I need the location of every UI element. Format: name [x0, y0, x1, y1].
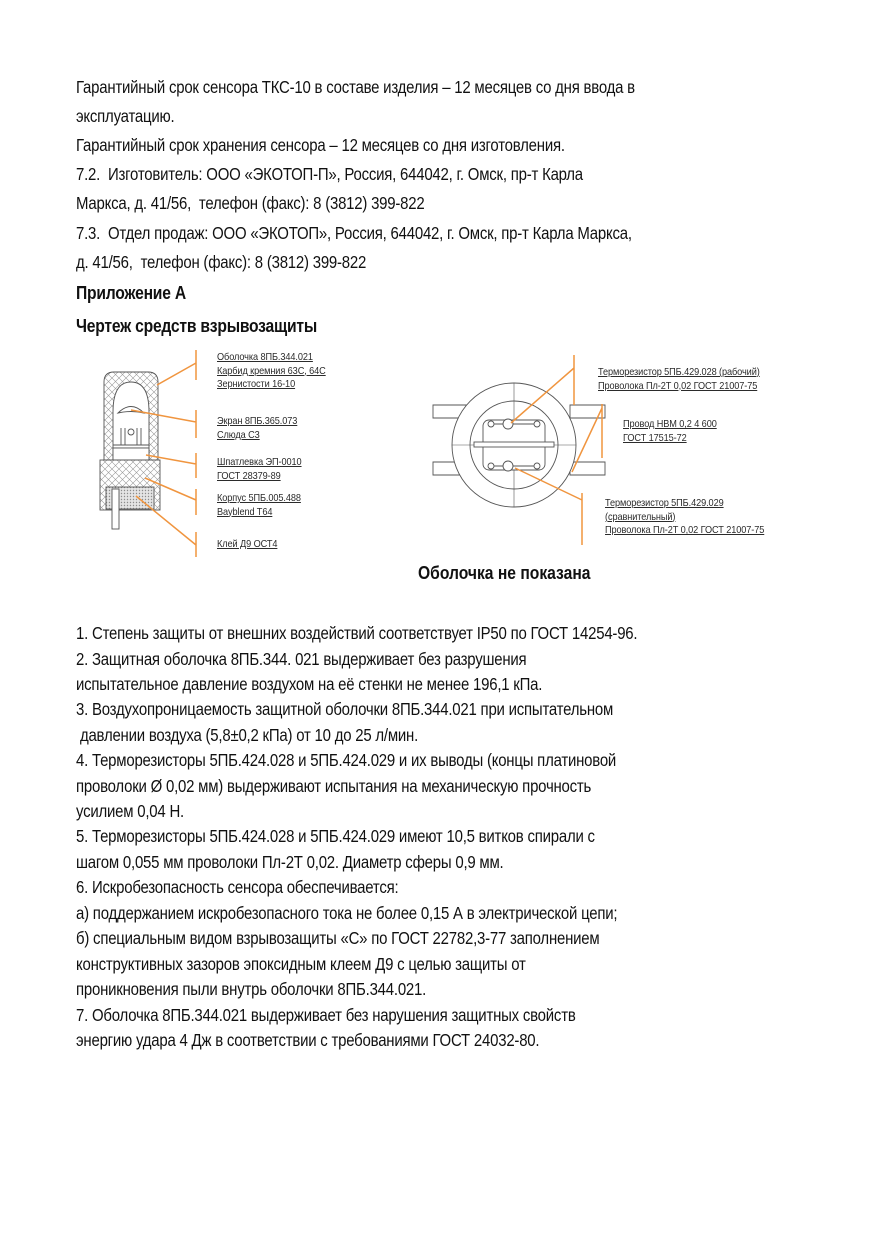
list-line: б) специальным видом взрывозащиты «С» по… — [76, 928, 599, 949]
label-screen: Экран 8ПБ.365.073 Слюда С3 — [217, 415, 297, 442]
label-line: Оболочка 8ПБ.344.021 — [217, 351, 326, 365]
label-line: Провод НВМ 0,2 4 600 — [623, 418, 717, 432]
label-line: Карбид кремния 63С, 64С — [217, 365, 326, 379]
list-line: 6. Искробезопасность сенсора обеспечивае… — [76, 877, 398, 898]
label-line: ГОСТ 28379-89 — [217, 470, 302, 484]
list-line: 5. Терморезисторы 5ПБ.424.028 и 5ПБ.424.… — [76, 826, 595, 847]
label-line: Терморезистор 5ПБ.429.029 — [605, 497, 764, 511]
label-reference-thermistor: Терморезистор 5ПБ.429.029 (сравнительный… — [605, 497, 764, 538]
label-line: ГОСТ 17515-72 — [623, 432, 717, 446]
list-line: проволоки Ø 0,02 мм) выдерживают испытан… — [76, 776, 591, 797]
list-line: 2. Защитная оболочка 8ПБ.344. 021 выдерж… — [76, 649, 526, 670]
sensor-top-view — [433, 383, 605, 507]
list-line: испытательное давление воздухом на её ст… — [76, 674, 542, 695]
label-line: Проволока Пл-2Т 0,02 ГОСТ 21007-75 — [605, 524, 764, 538]
label-line: Шпатлевка ЭП-0010 — [217, 456, 302, 470]
list-line: 4. Терморезисторы 5ПБ.424.028 и 5ПБ.424.… — [76, 750, 616, 771]
label-line: Зернистости 16-10 — [217, 378, 326, 392]
label-line: Терморезистор 5ПБ.429.028 (рабочий) — [598, 366, 760, 380]
list-line: проникновения пыли внутрь оболочки 8ПБ.3… — [76, 979, 426, 1000]
list-line: усилием 0,04 Н. — [76, 801, 184, 822]
label-wire: Провод НВМ 0,2 4 600 ГОСТ 17515-72 — [623, 418, 717, 445]
list-line: конструктивных зазоров эпоксидным клеем … — [76, 954, 526, 975]
list-line: энергию удара 4 Дж в соответствии с треб… — [76, 1030, 539, 1051]
sensor-side-view — [100, 372, 160, 529]
label-line: Экран 8ПБ.365.073 — [217, 415, 297, 429]
document-page: Гарантийный срок сенсора ТКС-10 в состав… — [0, 0, 874, 1241]
label-line: Bayblend T64 — [217, 506, 301, 520]
label-housing: Корпус 5ПБ.005.488 Bayblend T64 — [217, 492, 301, 519]
label-line: (сравнительный) — [605, 511, 764, 525]
list-line: а) поддержанием искробезопасного тока не… — [76, 903, 617, 924]
list-line: давлении воздуха (5,8±0,2 кПа) от 10 до … — [76, 725, 418, 746]
list-line: 3. Воздухопроницаемость защитной оболочк… — [76, 699, 613, 720]
label-glue: Клей Д9 ОСТ4 — [217, 538, 277, 552]
label-working-thermistor: Терморезистор 5ПБ.429.028 (рабочий) Пров… — [598, 366, 760, 393]
label-shell: Оболочка 8ПБ.344.021 Карбид кремния 63С,… — [217, 351, 326, 392]
label-putty: Шпатлевка ЭП-0010 ГОСТ 28379-89 — [217, 456, 302, 483]
label-line: Корпус 5ПБ.005.488 — [217, 492, 301, 506]
label-line: Слюда С3 — [217, 429, 297, 443]
drawing-caption: Оболочка не показана — [418, 563, 590, 584]
list-line: 7. Оболочка 8ПБ.344.021 выдерживает без … — [76, 1005, 576, 1026]
list-line: 1. Степень защиты от внешних воздействий… — [76, 623, 637, 644]
label-line: Клей Д9 ОСТ4 — [217, 538, 277, 552]
label-line: Проволока Пл-2Т 0,02 ГОСТ 21007-75 — [598, 380, 760, 394]
list-line: шагом 0,055 мм проволоки Пл-2Т 0,02. Диа… — [76, 852, 504, 873]
